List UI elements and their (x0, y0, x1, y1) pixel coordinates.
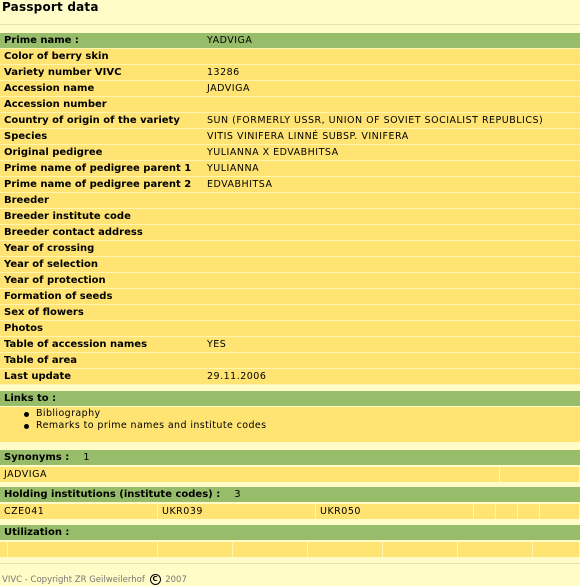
field-value: YES (203, 337, 580, 353)
passport-row: Year of selection (0, 257, 580, 273)
passport-row: Color of berry skin (0, 49, 580, 65)
synonyms-label: Synonyms : (4, 452, 69, 463)
utilization-row (0, 542, 580, 557)
field-label: Color of berry skin (0, 49, 203, 65)
field-label: Original pedigree (0, 145, 203, 161)
divider (0, 24, 580, 25)
field-value: YULIANNA (203, 161, 580, 177)
passport-row: Table of accession namesYES (0, 337, 580, 353)
passport-row: Country of origin of the varietySUN (FOR… (0, 113, 580, 129)
table-cell (496, 504, 518, 519)
link-item[interactable]: Bibliography (36, 408, 580, 420)
passport-row: Accession number (0, 97, 580, 113)
table-cell: UKR050 (316, 504, 474, 519)
table-cell (308, 542, 383, 557)
field-value (203, 209, 580, 225)
field-label: Accession number (0, 97, 203, 113)
passport-table: Prime name : YADVIGA Color of berry skin… (0, 33, 580, 385)
table-cell (500, 467, 580, 482)
footer-copyright: VIVC - Copyright ZR Geilweilerhof (2, 575, 145, 585)
passport-row: Breeder contact address (0, 225, 580, 241)
field-value (203, 49, 580, 65)
field-label: Photos (0, 321, 203, 337)
footer-divider (0, 563, 580, 564)
links-list: BibliographyRemarks to prime names and i… (0, 408, 580, 432)
field-value: VITIS VINIFERA LINNÉ SUBSP. VINIFERA (203, 129, 580, 145)
field-value (203, 273, 580, 289)
passport-row: Last update29.11.2006 (0, 369, 580, 385)
holding-label: Holding institutions (institute codes) : (4, 489, 220, 500)
table-cell (8, 542, 158, 557)
passport-row: Year of protection (0, 273, 580, 289)
prime-name-value: YADVIGA (203, 33, 580, 49)
field-label: Year of crossing (0, 241, 203, 257)
field-value (203, 257, 580, 273)
synonyms-count: 1 (83, 452, 90, 463)
table-cell (518, 504, 540, 519)
field-value (203, 353, 580, 369)
field-value (203, 321, 580, 337)
field-value: 29.11.2006 (203, 369, 580, 385)
table-cell (158, 542, 233, 557)
passport-row: Breeder institute code (0, 209, 580, 225)
passport-row: Photos (0, 321, 580, 337)
field-label: Table of accession names (0, 337, 203, 353)
passport-row: Breeder (0, 193, 580, 209)
links-list-container: BibliographyRemarks to prime names and i… (0, 407, 580, 442)
field-label: Country of origin of the variety (0, 113, 203, 129)
table-cell: CZE041 (0, 504, 158, 519)
field-label: Formation of seeds (0, 289, 203, 305)
links-section: Links to : BibliographyRemarks to prime … (0, 391, 580, 442)
link-item[interactable]: Remarks to prime names and institute cod… (36, 420, 580, 432)
utilization-header: Utilization : (0, 525, 580, 540)
footer-year: 2007 (165, 575, 187, 585)
table-cell (533, 542, 580, 557)
prime-name-label: Prime name : (0, 33, 203, 49)
passport-row: Variety number VIVC13286 (0, 65, 580, 81)
field-value (203, 305, 580, 321)
table-cell: JADVIGA (0, 467, 500, 482)
passport-row: Table of area (0, 353, 580, 369)
field-value: JADVIGA (203, 81, 580, 97)
page-title: Passport data (2, 0, 99, 14)
passport-row: Prime name of pedigree parent 2EDVABHITS… (0, 177, 580, 193)
field-label: Species (0, 129, 203, 145)
table-cell (540, 504, 580, 519)
field-label: Year of protection (0, 273, 203, 289)
field-value: EDVABHITSA (203, 177, 580, 193)
table-cell (458, 542, 533, 557)
field-label: Breeder institute code (0, 209, 203, 225)
synonyms-header: Synonyms :1 (0, 450, 580, 465)
field-value (203, 97, 580, 113)
holding-row: CZE041UKR039UKR050 (0, 504, 580, 519)
holding-count: 3 (234, 489, 241, 500)
field-value (203, 241, 580, 257)
field-label: Prime name of pedigree parent 1 (0, 161, 203, 177)
field-value (203, 225, 580, 241)
table-cell (0, 542, 8, 557)
passport-row: Accession nameJADVIGA (0, 81, 580, 97)
utilization-section: Utilization : (0, 525, 580, 557)
field-value: SUN (FORMERLY USSR, UNION OF SOVIET SOCI… (203, 113, 580, 129)
links-header: Links to : (0, 391, 580, 406)
field-value: YULIANNA X EDVABHITSA (203, 145, 580, 161)
table-cell (474, 504, 496, 519)
field-label: Table of area (0, 353, 203, 369)
passport-row: Sex of flowers (0, 305, 580, 321)
field-value (203, 289, 580, 305)
field-label: Accession name (0, 81, 203, 97)
table-cell (383, 542, 458, 557)
holding-section: Holding institutions (institute codes) :… (0, 487, 580, 519)
copyright-icon: C (150, 574, 161, 585)
table-cell (233, 542, 308, 557)
prime-name-row: Prime name : YADVIGA (0, 33, 580, 49)
passport-row: Formation of seeds (0, 289, 580, 305)
field-label: Variety number VIVC (0, 65, 203, 81)
synonyms-section: Synonyms :1 JADVIGA (0, 450, 580, 482)
synonyms-row: JADVIGA (0, 467, 580, 482)
table-cell: UKR039 (158, 504, 316, 519)
field-label: Prime name of pedigree parent 2 (0, 177, 203, 193)
field-label: Breeder contact address (0, 225, 203, 241)
field-label: Last update (0, 369, 203, 385)
field-value: 13286 (203, 65, 580, 81)
passport-row: SpeciesVITIS VINIFERA LINNÉ SUBSP. VINIF… (0, 129, 580, 145)
field-label: Breeder (0, 193, 203, 209)
footer: VIVC - Copyright ZR Geilweilerhof C 2007 (2, 574, 187, 585)
field-value (203, 193, 580, 209)
field-label: Sex of flowers (0, 305, 203, 321)
field-label: Year of selection (0, 257, 203, 273)
passport-row: Year of crossing (0, 241, 580, 257)
holding-header: Holding institutions (institute codes) :… (0, 487, 580, 502)
passport-row: Original pedigreeYULIANNA X EDVABHITSA (0, 145, 580, 161)
passport-row: Prime name of pedigree parent 1YULIANNA (0, 161, 580, 177)
